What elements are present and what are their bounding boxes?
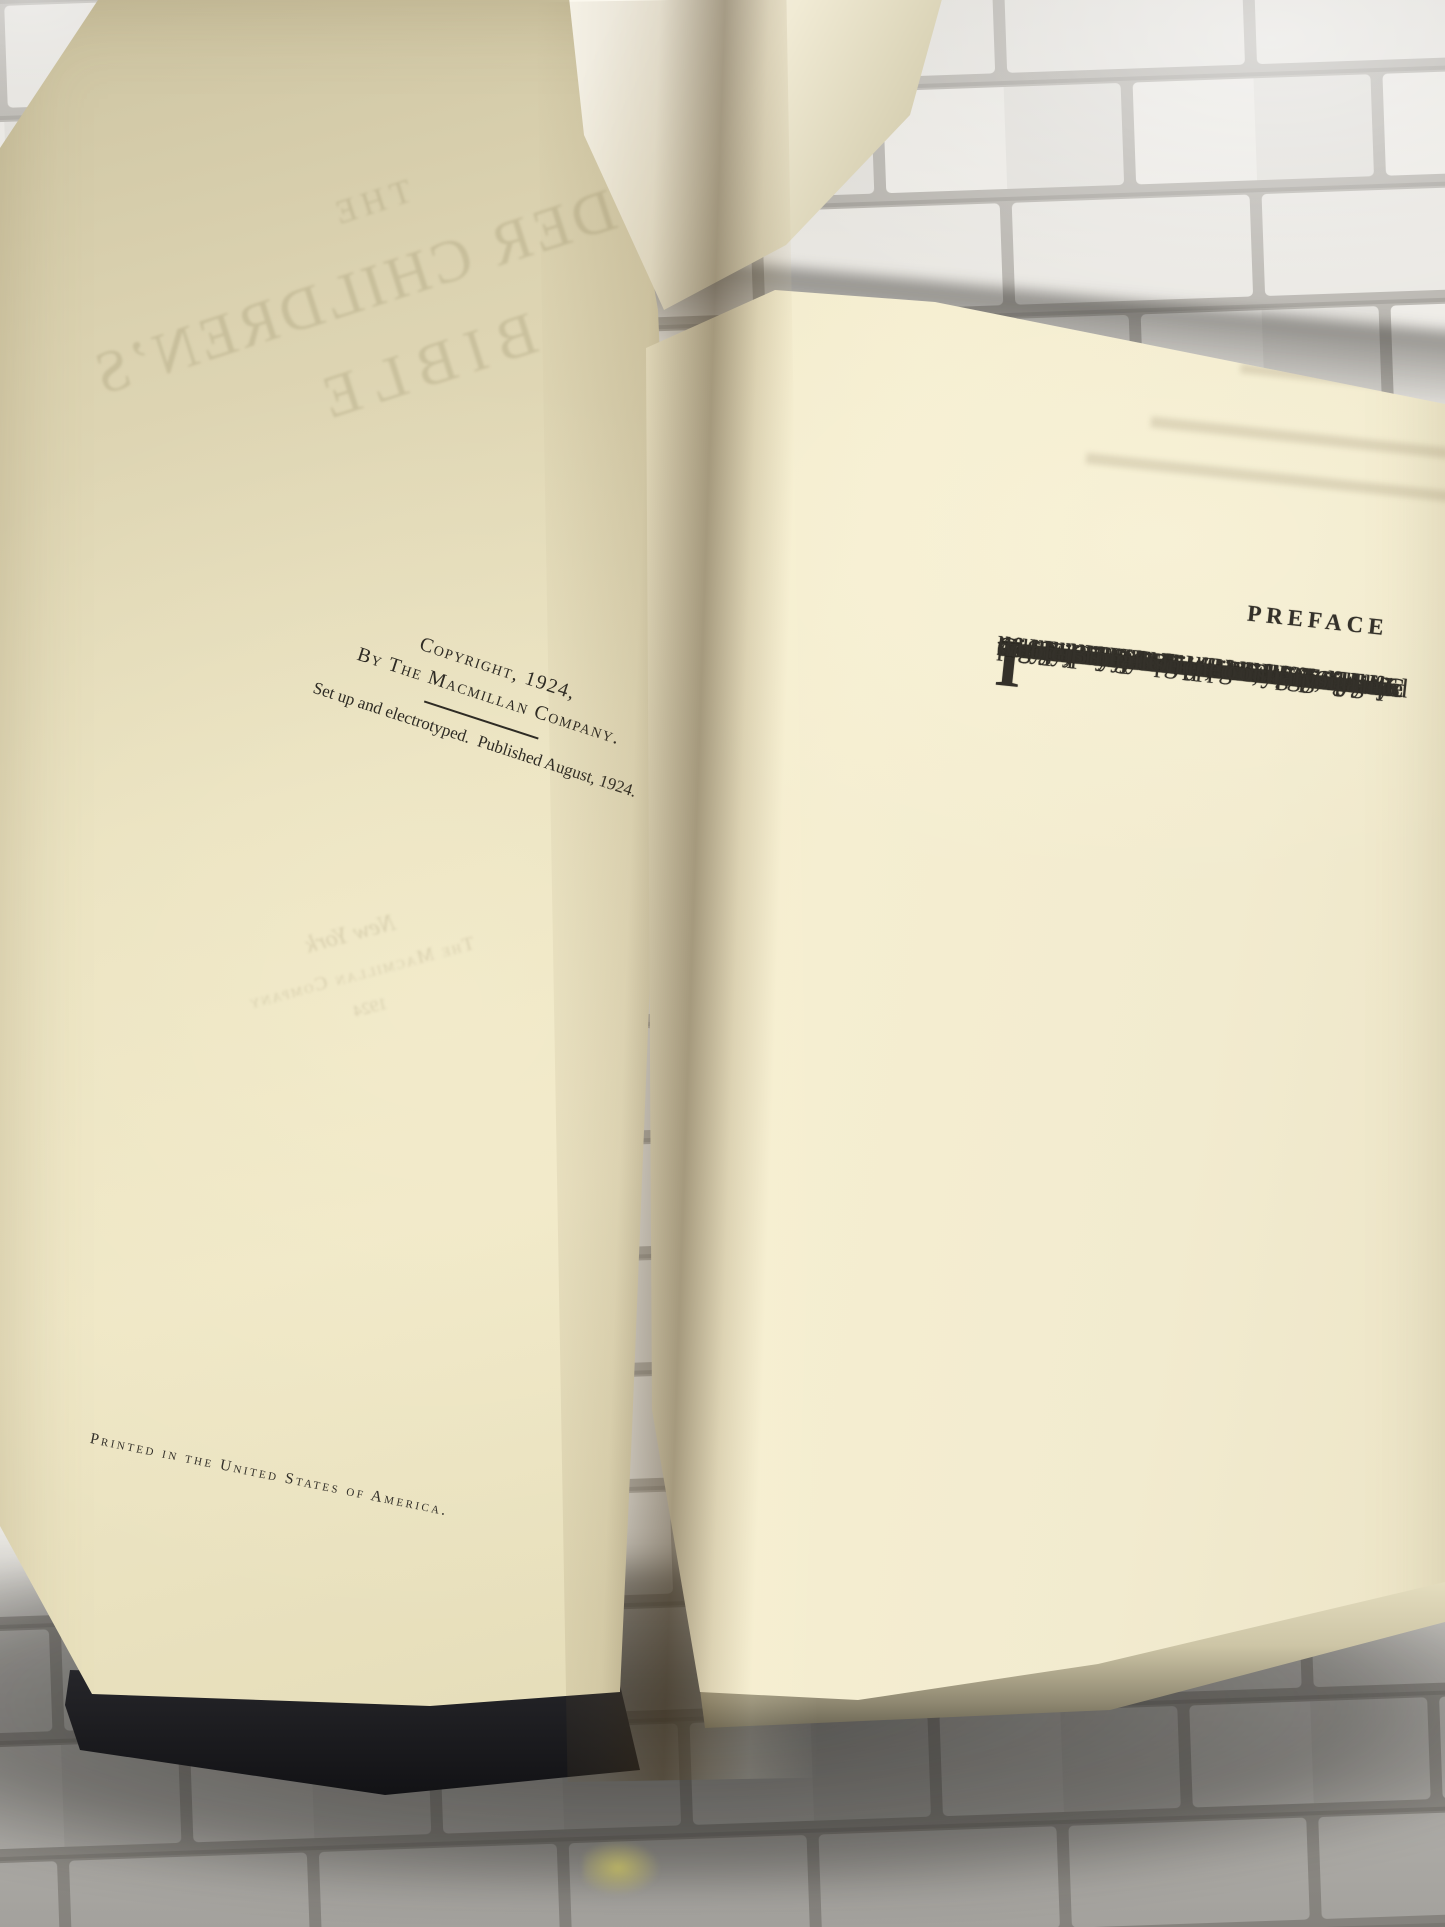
printed-in-usa-line: Printed in the United States of America. — [88, 1430, 640, 1559]
debris-smudge — [583, 1840, 661, 1896]
text-line: whole Bible. On the contrary, it i — [996, 627, 1360, 703]
open-book-photo: THE OLDER CHILDREN’S BIBLE Copyright, 19… — [0, 0, 1445, 1927]
ghost-showthrough-imprint: New York The Macmillan Company 1924 — [193, 880, 528, 1058]
preface-text-block: PREFACE I N the spring of 1923 the Cambr… — [997, 575, 1445, 724]
ghost-showthrough-text — [1085, 453, 1445, 503]
ghost-showthrough-text — [1150, 416, 1445, 458]
